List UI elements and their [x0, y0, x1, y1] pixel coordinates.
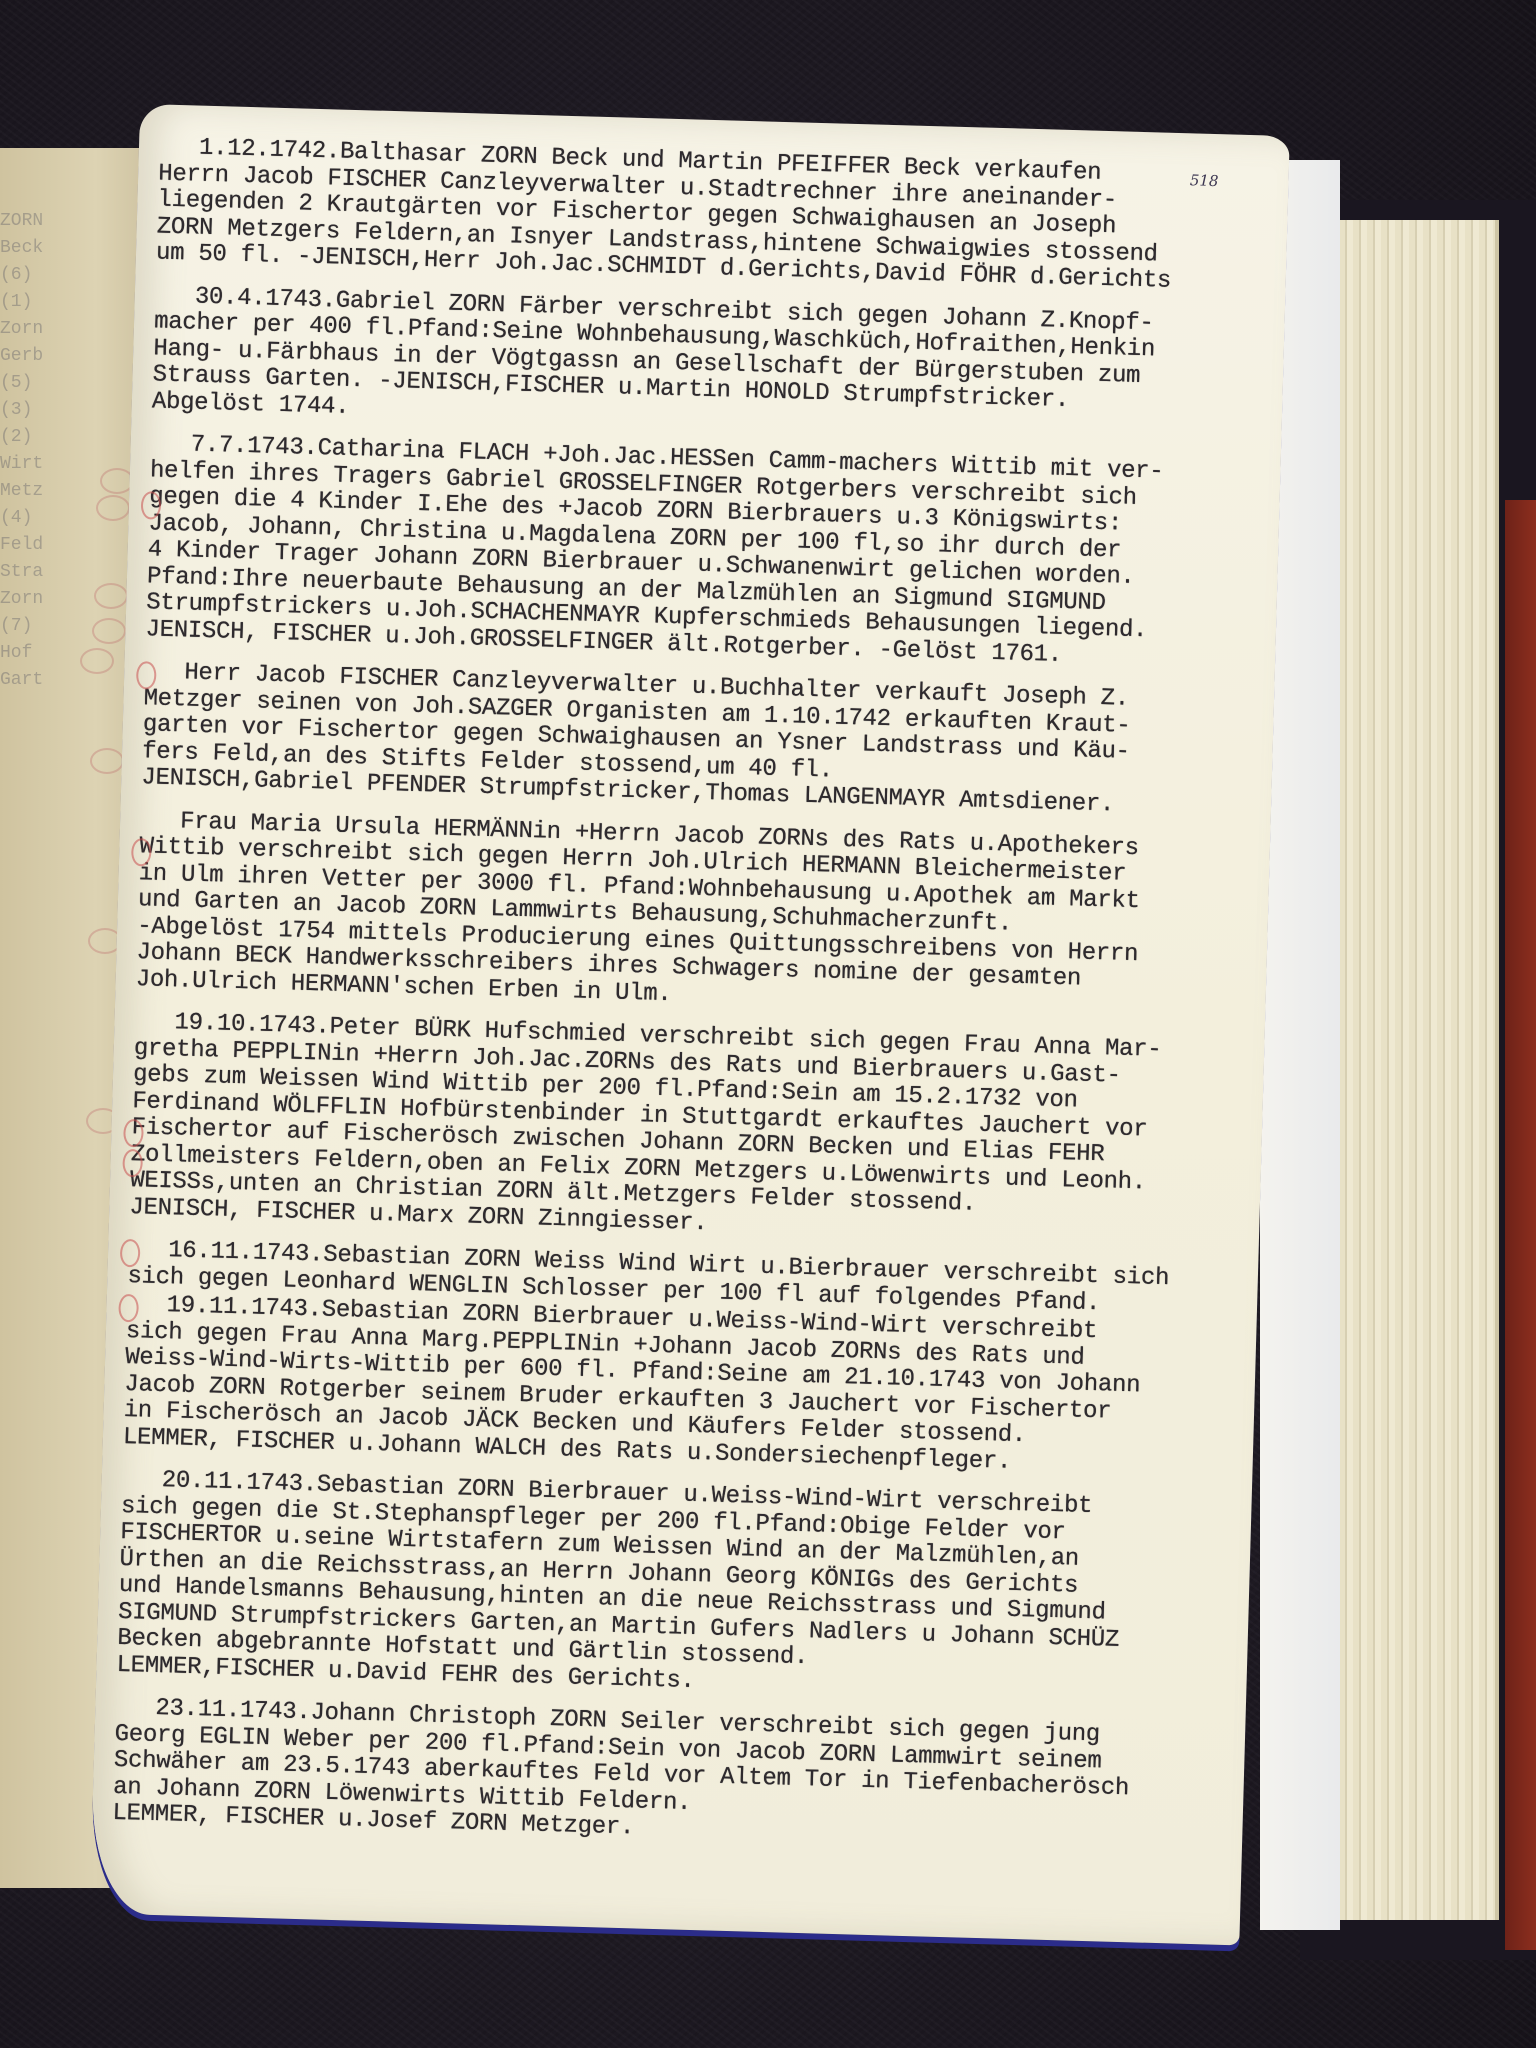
margin-circle-mark	[90, 748, 124, 774]
entry-1743-11-19: 19.11.1743.Sebastian ZORN Bierbrauer u.W…	[123, 1292, 1237, 1482]
left-page-ghost-text: ZORN Beck (6) (1) Zorn Gerb (5) (3) (2) …	[0, 208, 100, 694]
margin-circle-mark	[80, 648, 114, 674]
entry-1743-07-07: 7.7.1743.Catharina FLACH +Joh.Jac.HESSen…	[145, 431, 1260, 674]
entries-list: 1.12.1742.Balthasar ZORN Beck und Martin…	[112, 134, 1269, 1874]
typewritten-page: 518 1.12.1742.Balthasar ZORN Beck und Ma…	[90, 104, 1290, 1945]
entry-1742-12-01: 1.12.1742.Balthasar ZORN Beck und Martin…	[156, 134, 1269, 297]
entry-hermannin: Frau Maria Ursula HERMÄNNin +Herrn Jacob…	[135, 808, 1250, 1024]
entry-1743-04-30: 30.4.1743.Gabriel ZORN Färber verschreib…	[152, 283, 1265, 446]
entry-1743-11-23: 23.11.1743.Johann Christoph ZORN Seiler …	[112, 1695, 1225, 1858]
book-cover-red-edge	[1505, 500, 1536, 1950]
entry-1743-11-20: 20.11.1743.Sebastian ZORN Bierbrauer u.W…	[116, 1467, 1231, 1710]
margin-circle-mark	[92, 618, 126, 644]
page-stack-edges	[1325, 220, 1499, 1920]
margin-circle-mark	[96, 495, 130, 521]
entry-1743-10-19: 19.10.1743.Peter BÜRK Hufschmied verschr…	[129, 1009, 1244, 1252]
margin-circle-mark	[94, 583, 128, 609]
entry-fischer-sale: Herr Jacob FISCHER Canzleyverwalter u.Bu…	[141, 659, 1254, 822]
